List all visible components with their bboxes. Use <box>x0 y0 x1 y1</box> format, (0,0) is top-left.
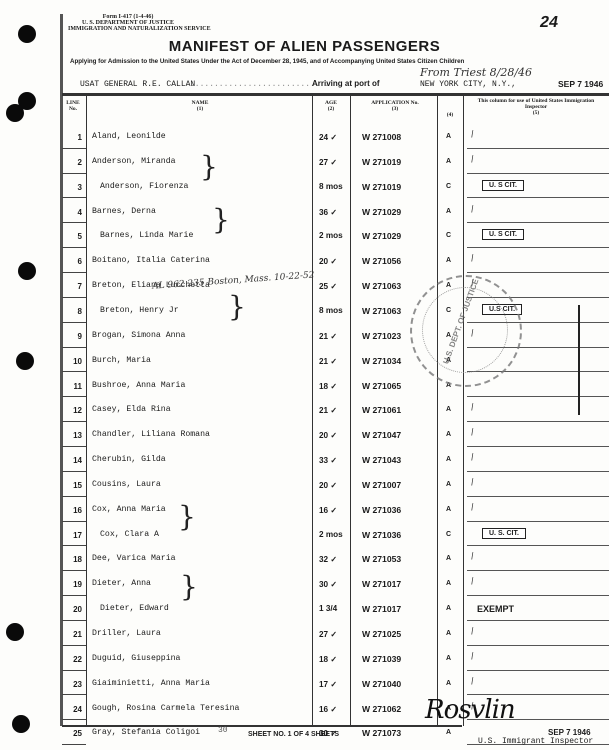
line-number: 3 <box>62 183 82 192</box>
line-number: 11 <box>62 382 82 391</box>
table-row: 14Cherubin, Gilda33 ✓W 271043A/ <box>62 449 609 474</box>
col-name: NAME (1) <box>90 100 310 112</box>
check-mark-icon: / <box>468 403 477 414</box>
service: IMMIGRATION AND NATURALIZATION SERVICE <box>68 26 188 32</box>
passenger-name: Cherubin, Gilda <box>92 455 166 464</box>
table-row: 8Breton, Henry Jr8 mosW 271063CU.S CIT. <box>62 300 609 325</box>
line-number-underline <box>62 570 86 571</box>
col-line-no: LINE No. <box>62 100 84 112</box>
line-number: 15 <box>62 481 82 490</box>
col-class: (4) <box>440 112 460 118</box>
line-number: 10 <box>62 357 82 366</box>
passenger-name: Boitano, Italia Caterina <box>92 256 210 265</box>
table-row: 11Bushroe, Anna Maria18 ✓W 271065A <box>62 375 609 400</box>
check-mark-icon: / <box>468 129 477 140</box>
inspector-line <box>467 645 609 646</box>
table-row: 16Cox, Anna Maria16 ✓W 271036A/ <box>62 499 609 524</box>
check-mark-icon: / <box>468 577 477 588</box>
class-code: A <box>446 158 451 165</box>
check-mark-icon: / <box>468 428 477 439</box>
passenger-name: Cox, Anna Maria <box>92 505 166 514</box>
application-number: W 271039 <box>362 654 401 664</box>
line-number: 13 <box>62 431 82 440</box>
line-number-underline <box>62 322 86 323</box>
passenger-age: 36 ✓ <box>319 207 337 217</box>
passenger-name: Driller, Laura <box>92 629 161 638</box>
passenger-name: Chandler, Liliana Romana <box>92 430 210 439</box>
check-mark-icon: / <box>468 204 477 215</box>
application-number: W 271063 <box>362 281 401 291</box>
line-number: 23 <box>62 680 82 689</box>
application-number: W 271056 <box>362 256 401 266</box>
passenger-age: 21 ✓ <box>319 331 337 341</box>
line-number-underline <box>62 645 86 646</box>
inspector-line <box>467 471 609 472</box>
passenger-age: 2 mos <box>319 231 343 240</box>
line-number-underline <box>62 670 86 671</box>
inspector-line <box>467 173 609 174</box>
col-age: AGE (2) <box>313 100 349 112</box>
passenger-name: Aland, Leonilde <box>92 132 166 141</box>
passenger-age: 27 ✓ <box>319 157 337 167</box>
table-row: 3Anderson, Fiorenza8 mosW 271019CU. S CI… <box>62 176 609 201</box>
table-row: 21Driller, Laura27 ✓W 271025A/ <box>62 623 609 648</box>
inspector-line <box>467 670 609 671</box>
handwritten-origin: From Triest 8/28/46 <box>420 66 532 79</box>
family-brace: } <box>180 570 198 603</box>
class-code: C <box>446 232 451 239</box>
line-number-underline <box>62 620 86 621</box>
class-code: A <box>446 680 451 687</box>
table-row: 4Barnes, Derna36 ✓W 271029A/ <box>62 201 609 226</box>
passenger-age: 24 ✓ <box>319 132 337 142</box>
department-seal-stamp: U.S. DEPT. OF JUSTICE <box>410 275 522 387</box>
check-mark-icon: / <box>468 651 477 662</box>
application-number: W 271019 <box>362 157 401 167</box>
passenger-age: 16 ✓ <box>319 505 337 515</box>
application-number: W 271034 <box>362 356 401 366</box>
line-number-underline <box>62 446 86 447</box>
application-number: W 271017 <box>362 604 401 614</box>
passenger-age: 21 ✓ <box>319 356 337 366</box>
passenger-count: 30 <box>218 726 228 735</box>
passenger-age: 33 ✓ <box>319 455 337 465</box>
class-code: A <box>446 456 451 463</box>
line-number-underline <box>62 272 86 273</box>
table-row: 18Dee, Varica Maria32 ✓W 271053A/ <box>62 548 609 573</box>
passenger-age: 18 ✓ <box>319 381 337 391</box>
inspector-signature: Rosvlin <box>425 695 515 725</box>
line-number: 1 <box>62 133 82 142</box>
line-number-underline <box>62 173 86 174</box>
table-row: 23Giaiminietti, Anna Maria17 ✓W 271040A/ <box>62 673 609 698</box>
inspector-line <box>467 396 609 397</box>
passenger-name: Barnes, Derna <box>92 207 156 216</box>
passenger-age: 27 ✓ <box>319 629 337 639</box>
family-brace: } <box>228 290 246 323</box>
form-header: Form I-417 (1-4-46) U. S. DEPARTMENT OF … <box>68 14 188 32</box>
check-mark-icon: / <box>468 676 477 687</box>
line-number-underline <box>62 471 86 472</box>
inspector-vertical-mark <box>578 305 580 415</box>
class-code: A <box>446 406 451 413</box>
exempt-stamp: EXEMPT <box>477 604 514 614</box>
application-number: W 271008 <box>362 132 401 142</box>
check-mark-icon: / <box>468 552 477 563</box>
line-number: 7 <box>62 282 82 291</box>
line-number: 24 <box>62 705 82 714</box>
arriving-label: Arriving at port of <box>312 79 380 88</box>
application-number: W 271073 <box>362 728 401 738</box>
inspector-line <box>467 570 609 571</box>
us-citizen-stamp: U. S. CIT. <box>482 528 526 539</box>
arrival-date: SEP 7 1946 <box>558 79 603 89</box>
passenger-age: 8 mos <box>319 182 343 191</box>
table-row: 24Gough, Rosina Carmela Teresina16 ✓W 27… <box>62 698 609 723</box>
table-row: 22Duguid, Giuseppina18 ✓W 271039A/ <box>62 648 609 673</box>
passenger-name: Casey, Elda Rina <box>92 405 171 414</box>
inspector-line <box>467 595 609 596</box>
application-number: W 271036 <box>362 505 401 515</box>
passenger-name: Bushroe, Anna Maria <box>92 381 185 390</box>
passenger-age: 20 ✓ <box>319 256 337 266</box>
application-number: W 271062 <box>362 704 401 714</box>
us-citizen-stamp: U. S CIT. <box>482 180 524 191</box>
passenger-age: 20 ✓ <box>319 480 337 490</box>
line-number-underline <box>62 247 86 248</box>
passenger-name: Brogan, Simona Anna <box>92 331 185 340</box>
passenger-age: 21 ✓ <box>319 405 337 415</box>
inspector-line <box>467 197 609 198</box>
application-number: W 271047 <box>362 430 401 440</box>
application-number: W 271017 <box>362 579 401 589</box>
table-row: 12Casey, Elda Rina21 ✓W 271061A/ <box>62 399 609 424</box>
passenger-age: 17 ✓ <box>319 679 337 689</box>
punch-hole <box>6 623 24 641</box>
application-number: W 271043 <box>362 455 401 465</box>
application-number: W 271023 <box>362 331 401 341</box>
table-row: 5Barnes, Linda Marie2 mosW 271029CU. S C… <box>62 225 609 250</box>
table-row: 20Dieter, Edward1 3/4W 271017AEXEMPT <box>62 598 609 623</box>
table-row: 15Cousins, Laura20 ✓W 271007A/ <box>62 474 609 499</box>
class-code: C <box>446 531 451 538</box>
application-number: W 271036 <box>362 530 401 540</box>
check-mark-icon: / <box>468 452 477 463</box>
check-mark-icon: / <box>468 626 477 637</box>
application-number: W 271029 <box>362 207 401 217</box>
line-number: 22 <box>62 655 82 664</box>
class-code: A <box>446 481 451 488</box>
passenger-name: Duguid, Giuseppina <box>92 654 180 663</box>
application-number: W 271019 <box>362 182 401 192</box>
inspector-line <box>467 620 609 621</box>
passenger-name: Breton, Henry Jr <box>100 306 179 315</box>
line-number: 16 <box>62 506 82 515</box>
application-number: W 271025 <box>362 629 401 639</box>
line-number: 21 <box>62 630 82 639</box>
table-row: 6Boitano, Italia Caterina20 ✓W 271056A/ <box>62 250 609 275</box>
family-brace: } <box>178 500 196 533</box>
passenger-name: Dee, Varica Maria <box>92 554 176 563</box>
inspector-line <box>467 545 609 546</box>
application-number: W 271029 <box>362 231 401 241</box>
line-number-underline <box>62 347 86 348</box>
class-code: A <box>446 431 451 438</box>
passenger-name: Cousins, Laura <box>92 480 161 489</box>
table-row: 17Cox, Clara A2 mosW 271036CU. S. CIT. <box>62 524 609 549</box>
inspector-line <box>467 421 609 422</box>
inspector-line <box>467 496 609 497</box>
line-number-underline <box>62 595 86 596</box>
sheet-mark: 24 <box>538 14 559 32</box>
line-number-underline <box>62 719 86 720</box>
inspector-title: U.S. Immigrant Inspector <box>478 737 593 746</box>
passenger-age: 25 ✓ <box>319 281 337 291</box>
inspection-date: SEP 7 1946 <box>548 728 591 737</box>
line-number-underline <box>62 496 86 497</box>
table-row: 10Burch, Maria21 ✓W 271034A <box>62 350 609 375</box>
passenger-age: 8 mos <box>319 306 343 315</box>
family-brace: } <box>200 150 218 183</box>
line-number: 17 <box>62 531 82 540</box>
line-number: 8 <box>62 307 82 316</box>
passenger-name: Barnes, Linda Marie <box>100 231 193 240</box>
line-number-underline <box>62 297 86 298</box>
line-number-underline <box>62 222 86 223</box>
inspector-line <box>467 521 609 522</box>
application-number: W 271063 <box>362 306 401 316</box>
passenger-age: 30 ✓ <box>319 579 337 589</box>
line-number-underline <box>62 744 86 745</box>
line-number: 4 <box>62 208 82 217</box>
table-row: 19Dieter, Anna30 ✓W 271017A/ <box>62 573 609 598</box>
passenger-name: Anderson, Fiorenza <box>100 182 188 191</box>
passenger-age: 32 ✓ <box>319 554 337 564</box>
application-number: W 271040 <box>362 679 401 689</box>
header-rule <box>62 93 609 96</box>
inspector-line <box>467 247 609 248</box>
check-mark-icon: / <box>468 502 477 513</box>
line-number: 19 <box>62 580 82 589</box>
passenger-age: 1 3/4 <box>319 604 337 613</box>
passenger-age: 20 ✓ <box>319 430 337 440</box>
vessel-name: USAT GENERAL R.E. CALLAN <box>80 80 195 89</box>
application-number: W 271061 <box>362 405 401 415</box>
line-number: 12 <box>62 406 82 415</box>
punch-hole <box>6 104 24 122</box>
passenger-name: Cox, Clara A <box>100 530 159 539</box>
inspector-line <box>467 446 609 447</box>
port-name: NEW YORK CITY, N.Y., <box>420 80 516 89</box>
family-brace: } <box>212 203 230 236</box>
check-mark-icon: / <box>468 477 477 488</box>
class-code: A <box>446 506 451 513</box>
application-number: W 271007 <box>362 480 401 490</box>
line-number: 14 <box>62 456 82 465</box>
passenger-name: Giaiminietti, Anna Maria <box>92 679 210 688</box>
class-code: A <box>446 555 451 562</box>
col-inspector: This column for use of United States Imm… <box>468 98 604 116</box>
line-number-underline <box>62 396 86 397</box>
passenger-name: Dieter, Edward <box>100 604 169 613</box>
table-row: 9Brogan, Simona Anna21 ✓W 271023A/ <box>62 325 609 350</box>
punch-hole <box>18 262 36 280</box>
table-row: 13Chandler, Liliana Romana20 ✓W 271047A/ <box>62 424 609 449</box>
passenger-name: Anderson, Miranda <box>92 157 176 166</box>
line-number: 25 <box>62 729 82 738</box>
us-citizen-stamp: U. S CIT. <box>482 229 524 240</box>
table-row: 7Breton, Eliana Lucchetta25 ✓W 271063A/ <box>62 275 609 300</box>
check-mark-icon: / <box>468 254 477 265</box>
col-application: APPLICATION No. (3) <box>352 100 438 112</box>
class-code: A <box>446 257 451 264</box>
class-code: C <box>446 183 451 190</box>
line-number: 6 <box>62 257 82 266</box>
table-row: 1Aland, Leonilde24 ✓W 271008A/ <box>62 126 609 151</box>
check-mark-icon: / <box>468 154 477 165</box>
line-number: 9 <box>62 332 82 341</box>
class-code: A <box>446 208 451 215</box>
inspector-line <box>467 222 609 223</box>
class-code: A <box>446 729 451 736</box>
line-number: 20 <box>62 605 82 614</box>
class-code: A <box>446 630 451 637</box>
inspector-line <box>467 272 609 273</box>
application-number: W 271053 <box>362 554 401 564</box>
line-number-underline <box>62 521 86 522</box>
document-subtitle: Applying for Admission to the United Sta… <box>70 58 464 65</box>
passenger-age: 18 ✓ <box>319 654 337 664</box>
line-number-underline <box>62 371 86 372</box>
dotted-leader: ............................. <box>190 80 329 89</box>
passenger-name: Dieter, Anna <box>92 579 151 588</box>
passenger-age: 2 mos <box>319 530 343 539</box>
passenger-name: Gough, Rosina Carmela Teresina <box>92 704 239 713</box>
passenger-name: Burch, Maria <box>92 356 151 365</box>
line-number: 5 <box>62 232 82 241</box>
sheet-number: SHEET NO. 1 OF 4 SHEETS <box>248 731 339 738</box>
line-number-underline <box>62 421 86 422</box>
table-row: 2Anderson, Miranda27 ✓W 271019A/ <box>62 151 609 176</box>
line-number-underline <box>62 694 86 695</box>
class-code: A <box>446 605 451 612</box>
class-code: A <box>446 655 451 662</box>
line-number: 2 <box>62 158 82 167</box>
line-number: 18 <box>62 555 82 564</box>
application-number: W 271065 <box>362 381 401 391</box>
document-title: MANIFEST OF ALIEN PASSENGERS <box>0 38 609 55</box>
class-code: A <box>446 133 451 140</box>
punch-hole <box>16 352 34 370</box>
passenger-name: Gray, Stefania Coligoi <box>92 728 200 737</box>
line-number-underline <box>62 148 86 149</box>
line-number-underline <box>62 545 86 546</box>
passenger-age: 16 ✓ <box>319 704 337 714</box>
inspector-line <box>467 148 609 149</box>
footer-rule <box>62 725 462 727</box>
class-code: A <box>446 580 451 587</box>
punch-hole <box>12 715 30 733</box>
line-number-underline <box>62 197 86 198</box>
